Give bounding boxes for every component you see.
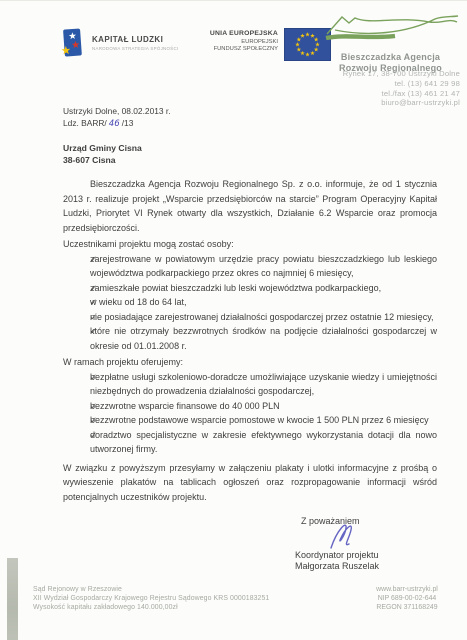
checkmark-icon: ✓ bbox=[63, 324, 90, 339]
footer-regon: REGON 371168249 bbox=[352, 603, 462, 612]
participants-list: ✓ zarejestrowane w powiatowym urzędzie p… bbox=[63, 252, 437, 354]
eu-logo-block: UNIA EUROPEJSKA EUROPEJSKI FUNDUSZ SPOŁE… bbox=[186, 30, 331, 63]
signature-block: Z poważaniem Koordynator projektu Małgor… bbox=[295, 514, 437, 573]
closing-paragraph: W związku z powyższym przesyłamy w załąc… bbox=[63, 461, 437, 505]
list-item: ✓ zarejestrowane w powiatowym urzędzie p… bbox=[63, 252, 437, 281]
letterhead: KAPITAŁ LUDZKI NARODOWA STRATEGIA SPÓJNO… bbox=[0, 1, 467, 105]
kl-subtitle: NARODOWA STRATEGIA SPÓJNOŚCI bbox=[92, 46, 178, 51]
footer-contact-info: www.barr-ustrzyki.pl NIP 689-00-02-644 R… bbox=[352, 585, 462, 612]
recipient-block: Urząd Gminy Cisna 38-607 Cisna bbox=[63, 143, 437, 166]
kapital-ludzki-logo: KAPITAŁ LUDZKI NARODOWA STRATEGIA SPÓJNO… bbox=[61, 27, 178, 59]
signer-name: Małgorzata Ruszelak bbox=[295, 561, 437, 573]
list-item: ✓ bezzwrotne podstawowe wsparcie pomosto… bbox=[63, 413, 437, 428]
list-item: ✓ doradztwo specjalistyczne w zakresie e… bbox=[63, 428, 437, 457]
checkmark-icon: ✓ bbox=[63, 295, 90, 310]
eu-line3: FUNDUSZ SPOŁECZNY bbox=[186, 46, 278, 52]
offer-intro: W ramach projektu oferujemy: bbox=[63, 355, 437, 370]
recipient-name: Urząd Gminy Cisna bbox=[63, 143, 437, 155]
letter-body: Ustrzyki Dolne, 08.02.2013 r. Ldz. BARR/… bbox=[63, 106, 437, 573]
participants-intro: Uczestnikami projektu mogą zostać osoby: bbox=[63, 237, 437, 252]
footer-nip: NIP 689-00-02-644 bbox=[352, 594, 462, 603]
handwritten-signature-icon bbox=[323, 516, 383, 552]
scanned-letter-page: KAPITAŁ LUDZKI NARODOWA STRATEGIA SPÓJNO… bbox=[0, 0, 467, 640]
kapital-ludzki-flag-icon bbox=[61, 27, 85, 59]
list-item: ✓ nie posiadające zarejestrowanej działa… bbox=[63, 310, 437, 325]
list-item: ✓ bezpłatne usługi szkoleniowo-doradcze … bbox=[63, 370, 437, 399]
scan-edge-artifact bbox=[7, 558, 18, 640]
address-fax: tel./fax (13) 461 21 47 bbox=[343, 89, 460, 99]
checkmark-icon: ✓ bbox=[63, 413, 90, 428]
list-item: ✓ bezzwrotne wsparcie finansowe do 40 00… bbox=[63, 399, 437, 414]
checkmark-icon: ✓ bbox=[63, 370, 90, 385]
footer-krs: XII Wydział Gospodarczy Krajowego Rejest… bbox=[33, 594, 269, 603]
footer-capital: Wysokość kapitału zakładowego 140.000,00… bbox=[33, 603, 269, 612]
intro-paragraph: Bieszczadzka Agencja Rozwoju Regionalneg… bbox=[63, 177, 437, 235]
list-item: ✓ w wieku od 18 do 64 lat, bbox=[63, 295, 437, 310]
list-item: ✓ zamieszkałe powiat bieszczadzki lub le… bbox=[63, 281, 437, 296]
footer-registry-info: Sąd Rejonowy w Rzeszowie XII Wydział Gos… bbox=[33, 585, 269, 612]
ref-handwritten-number: 46 bbox=[107, 119, 122, 129]
footer-court: Sąd Rejonowy w Rzeszowie bbox=[33, 585, 269, 594]
recipient-postcode: 38-607 Cisna bbox=[63, 155, 437, 167]
mountains-logo-icon bbox=[321, 9, 461, 47]
eu-wordmark: UNIA EUROPEJSKA EUROPEJSKI FUNDUSZ SPOŁE… bbox=[186, 30, 278, 52]
footer-website: www.barr-ustrzyki.pl bbox=[352, 585, 462, 594]
list-item: ✓ które nie otrzymały bezzwrotnych środk… bbox=[63, 324, 437, 353]
agency-logo-block: Bieszczadzka Agencja Rozwoju Regionalneg… bbox=[318, 9, 463, 74]
checkmark-icon: ✓ bbox=[63, 428, 90, 443]
checkmark-icon: ✓ bbox=[63, 281, 90, 296]
eu-line2: EUROPEJSKI bbox=[186, 39, 278, 45]
address-phone: tel. (13) 641 29 98 bbox=[343, 79, 460, 89]
ref-suffix: /13 bbox=[122, 118, 134, 128]
checkmark-icon: ✓ bbox=[63, 310, 90, 325]
agency-address-block: Rynek 17, 38-700 Ustrzyki Dolne tel. (13… bbox=[343, 69, 460, 108]
checkmark-icon: ✓ bbox=[63, 252, 90, 267]
kl-title: KAPITAŁ LUDZKI bbox=[92, 35, 178, 44]
signer-block: Koordynator projektu Małgorzata Ruszelak bbox=[295, 550, 437, 573]
ref-prefix: Ldz. BARR/ bbox=[63, 118, 107, 128]
checkmark-icon: ✓ bbox=[63, 399, 90, 414]
address-street: Rynek 17, 38-700 Ustrzyki Dolne bbox=[343, 69, 460, 79]
eu-line1: UNIA EUROPEJSKA bbox=[186, 30, 278, 37]
offers-list: ✓ bezpłatne usługi szkoleniowo-doradcze … bbox=[63, 370, 437, 457]
reference-line: Ldz. BARR/46/13 bbox=[63, 118, 437, 131]
kapital-ludzki-wordmark: KAPITAŁ LUDZKI NARODOWA STRATEGIA SPÓJNO… bbox=[92, 35, 178, 51]
agency-name-line1: Bieszczadzka Agencja bbox=[318, 52, 463, 63]
date-line: Ustrzyki Dolne, 08.02.2013 r. bbox=[63, 106, 437, 118]
